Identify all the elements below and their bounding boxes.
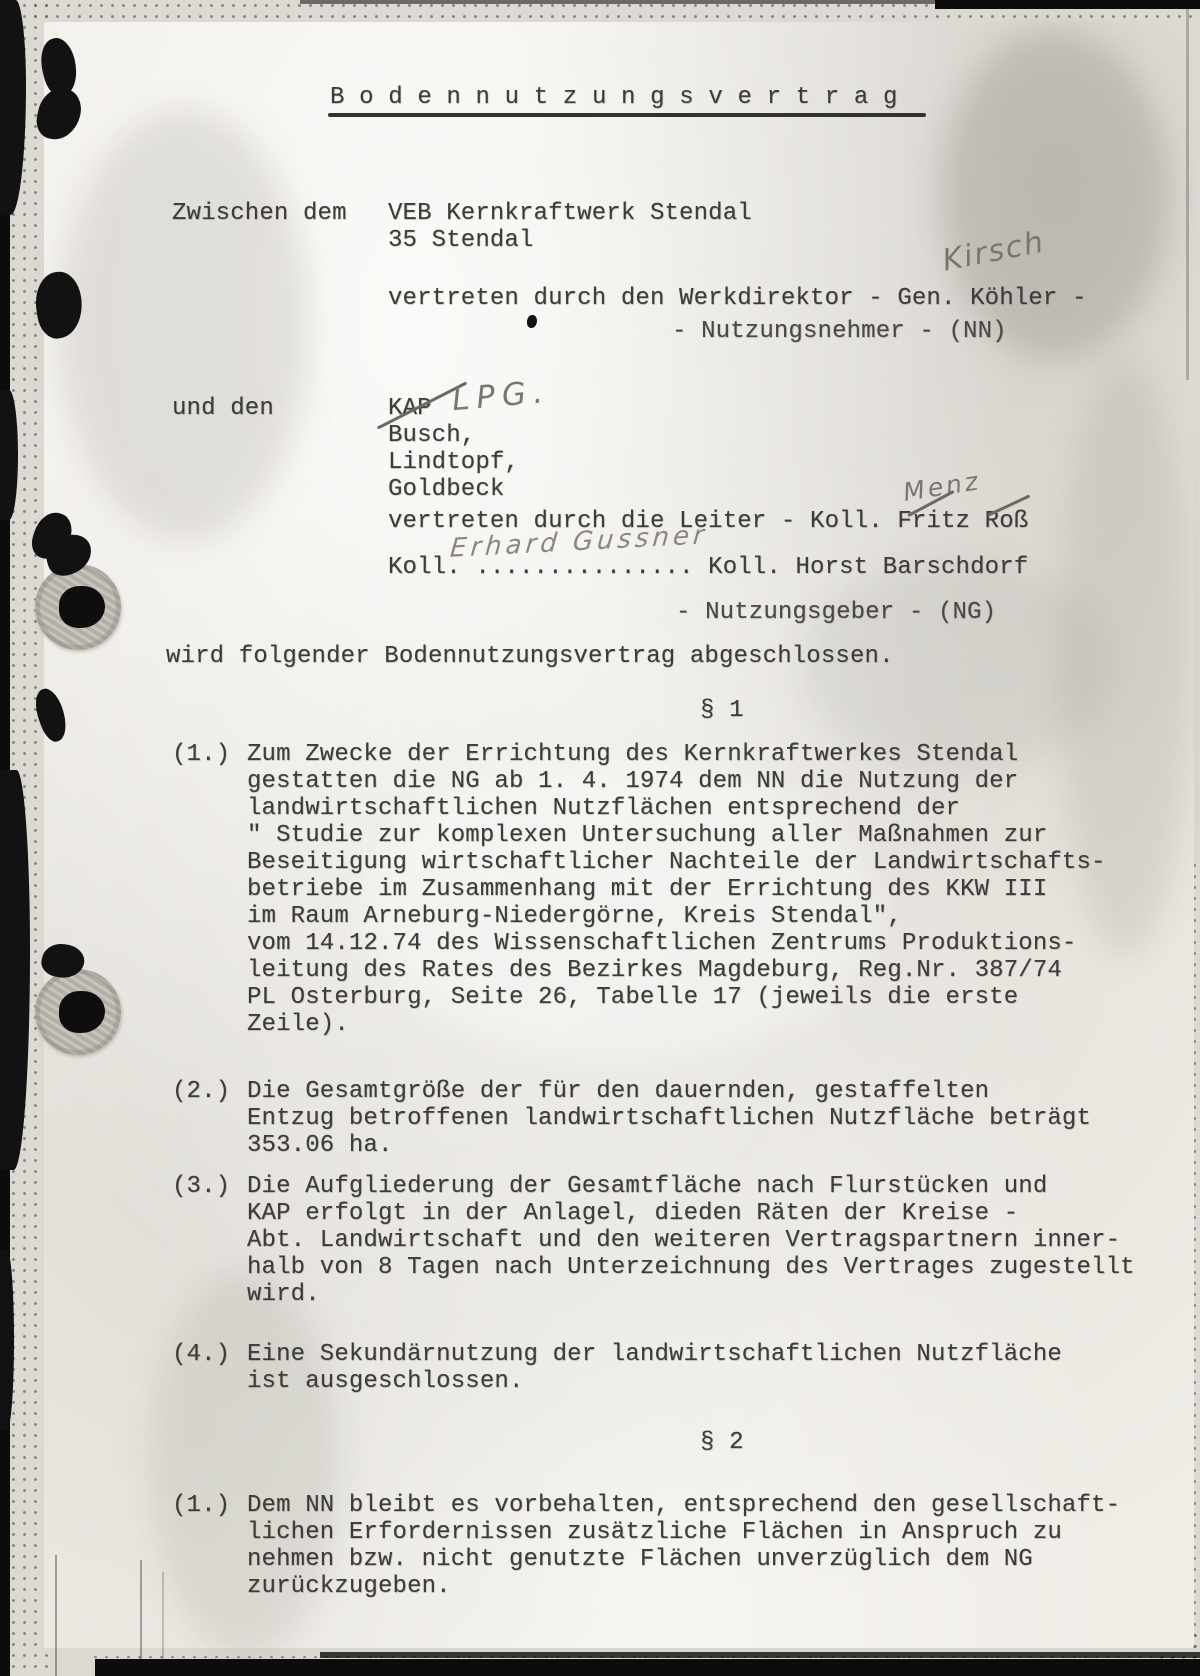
- between-label: Zwischen dem: [172, 200, 347, 227]
- title-underline: [328, 113, 926, 117]
- scan-bar-bottom-thin: [320, 1652, 1200, 1658]
- scan-bar-top: [300, 0, 940, 4]
- paragraph-text: Dem NN bleibt es vorbehalten, entspreche…: [247, 1492, 1120, 1600]
- and-label: und den: [172, 395, 274, 422]
- paragraph-number: (4.): [172, 1341, 230, 1368]
- torn-edge-blob: [0, 1250, 14, 1430]
- crease-line: [1186, 0, 1189, 380]
- crease-line: [55, 1555, 57, 1676]
- hole-punch-bottom: [35, 969, 121, 1055]
- party1-name: VEB Kernkraftwerk Stendal 35 Stendal: [388, 200, 752, 254]
- paragraph-text: Die Aufgliederung der Gesamtfläche nach …: [247, 1173, 1135, 1308]
- paragraph-text: Eine Sekundärnutzung der landwirtschaftl…: [247, 1341, 1062, 1395]
- paragraph-text: Zum Zwecke der Errichtung des Kernkraftw…: [247, 741, 1106, 1038]
- paragraph-number: (3.): [172, 1173, 230, 1200]
- scan-bar-bottom: [95, 1659, 1200, 1676]
- paragraph-number: (2.): [172, 1078, 230, 1105]
- preamble: wird folgender Bodennutzungsvertrag abge…: [166, 643, 894, 670]
- smudge: [60, 110, 310, 540]
- paragraph-number: (1.): [172, 741, 230, 768]
- party2-role: - Nutzungsgeber - (NG): [676, 599, 996, 626]
- party2-locations: Busch, Lindtopf, Goldbeck: [388, 422, 519, 503]
- hole-punch-top: [35, 564, 121, 650]
- section-1-heading: § 1: [700, 697, 744, 724]
- paragraph-text: Die Gesamtgröße der für den dauernden, g…: [247, 1078, 1091, 1159]
- torn-edge-blob: [0, 390, 18, 520]
- scan-bar-top-right: [935, 0, 1200, 9]
- document-title: B o d e n n u t z u n g s v e r t r a g: [330, 84, 898, 111]
- party1-representative: vertreten durch den Werkdirektor - Gen. …: [388, 285, 1087, 312]
- section-2-heading: § 2: [700, 1429, 744, 1456]
- smudge: [150, 1270, 340, 1660]
- paragraph-number: (1.): [172, 1492, 230, 1519]
- party1-role: - Nutzungsnehmer - (NN): [672, 318, 1007, 345]
